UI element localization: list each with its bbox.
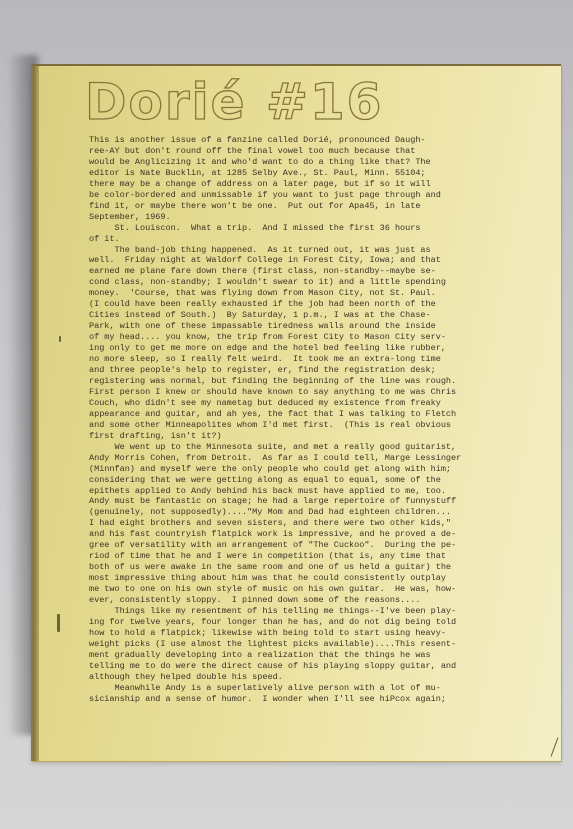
text-line: and some other Minneapolites whom I'd me… [89,420,549,431]
staple-mark [59,336,61,342]
text-line: both of us were awake in the same room a… [89,562,549,573]
text-line: First person I knew or should have known… [89,387,549,398]
text-line: earned me plane fare down there (first c… [89,266,549,277]
text-line: sicianship and a sense of humor. I wonde… [89,694,549,705]
text-line: Couch, who didn't see my nametag but ded… [89,398,549,409]
paragraph-st-louiscon: St. Louiscon. What a trip. And I missed … [89,223,549,245]
text-line: gree of versatility with an arrangement … [89,540,549,551]
text-line: of my head.... you know, the trip from F… [89,332,549,343]
text-line: We went up to the Minnesota suite, and m… [89,442,549,453]
text-line: there may be a change of address on a la… [89,179,549,190]
text-line: I had eight brothers and seven sisters, … [89,518,549,529]
text-line: (Minnfan) and myself were the only peopl… [89,464,549,475]
title-issue-number: #16 [266,73,383,131]
text-line: money. 'Course, that was flying down fro… [89,288,549,299]
text-line: no more sleep, so I really felt weird. I… [89,354,549,365]
text-line: ever, consistently sloppy. I pinned down… [89,595,549,606]
text-line: Park, with one of these impassable tired… [89,321,549,332]
text-line: epithets applied to Andy behind his back… [89,486,549,497]
text-line: cond class, non-standby; I wouldn't swea… [89,277,549,288]
staple-mark [57,614,60,632]
paragraph-meanwhile: Meanwhile Andy is a superlatively alive … [89,683,549,705]
text-line: This is another issue of a fanzine calle… [89,135,549,146]
page-spine-edge [33,66,39,761]
text-line: Meanwhile Andy is a superlatively alive … [89,683,549,694]
text-line: considering that we were getting along a… [89,475,549,486]
text-line: Things like my resentment of his telling… [89,606,549,617]
title-word: Dorié [85,73,247,131]
paper-crease [551,737,559,756]
text-line: (genuinely, not supposedly)...."My Mom a… [89,507,549,518]
text-line: first drafting, isn't it?) [89,431,549,442]
paragraph-band-job: The band-job thing happened. As it turne… [89,245,549,442]
text-line: Andy Morris Cohen, from Detroit. As far … [89,453,549,464]
text-line: telling me to do were the direct cause o… [89,661,549,672]
text-line: and his fast countryish flatpick work is… [89,529,549,540]
text-line: ment gradually developing into a realiza… [89,650,549,661]
text-line: Andy must be fantastic on stage; he had … [89,496,549,507]
text-line: ing for twelve years, four longer than h… [89,617,549,628]
text-line: most impressive thing about him was that… [89,573,549,584]
text-line: (I could have been really exhausted if t… [89,299,549,310]
text-line: although they helped double his speed. [89,672,549,683]
text-line: The band-job thing happened. As it turne… [89,245,549,256]
fanzine-page: Dorié #16 This is another issue of a fan… [31,64,561,761]
text-line: St. Louiscon. What a trip. And I missed … [89,223,549,234]
typewritten-body: This is another issue of a fanzine calle… [89,135,549,705]
text-line: be color-bordered and unmissable if you … [89,190,549,201]
fanzine-title: Dorié #16 [85,72,383,132]
paragraph-resentment: Things like my resentment of his telling… [89,606,549,683]
paragraph-minnesota-suite: We went up to the Minnesota suite, and m… [89,442,549,606]
text-line: ing only to get me more on edge and the … [89,343,549,354]
text-line: find it, or maybe there won't be one. Pu… [89,201,549,212]
text-line: of it. [89,234,549,245]
text-line: appearance and guitar, and ah yes, the f… [89,409,549,420]
text-line: riod of time that he and I were in compe… [89,551,549,562]
paragraph-intro: This is another issue of a fanzine calle… [89,135,549,223]
text-line: ree-AY but don't round off the final vow… [89,146,549,157]
text-line: would be Anglicizing it and who'd want t… [89,157,549,168]
text-line: registering was normal, but finding the … [89,376,549,387]
text-line: weight picks (I use almost the lightest … [89,639,549,650]
text-line: September, 1969. [89,212,549,223]
text-line: how to hold a flatpick; likewise with be… [89,628,549,639]
text-line: me two to one on his own style of music … [89,584,549,595]
text-line: and three people's help to register, er,… [89,365,549,376]
text-line: well. Friday night at Waldorf College in… [89,255,549,266]
text-line: Cities instead of South.) By Saturday, 1… [89,310,549,321]
text-line: editor is Nate Bucklin, at 1285 Selby Av… [89,168,549,179]
